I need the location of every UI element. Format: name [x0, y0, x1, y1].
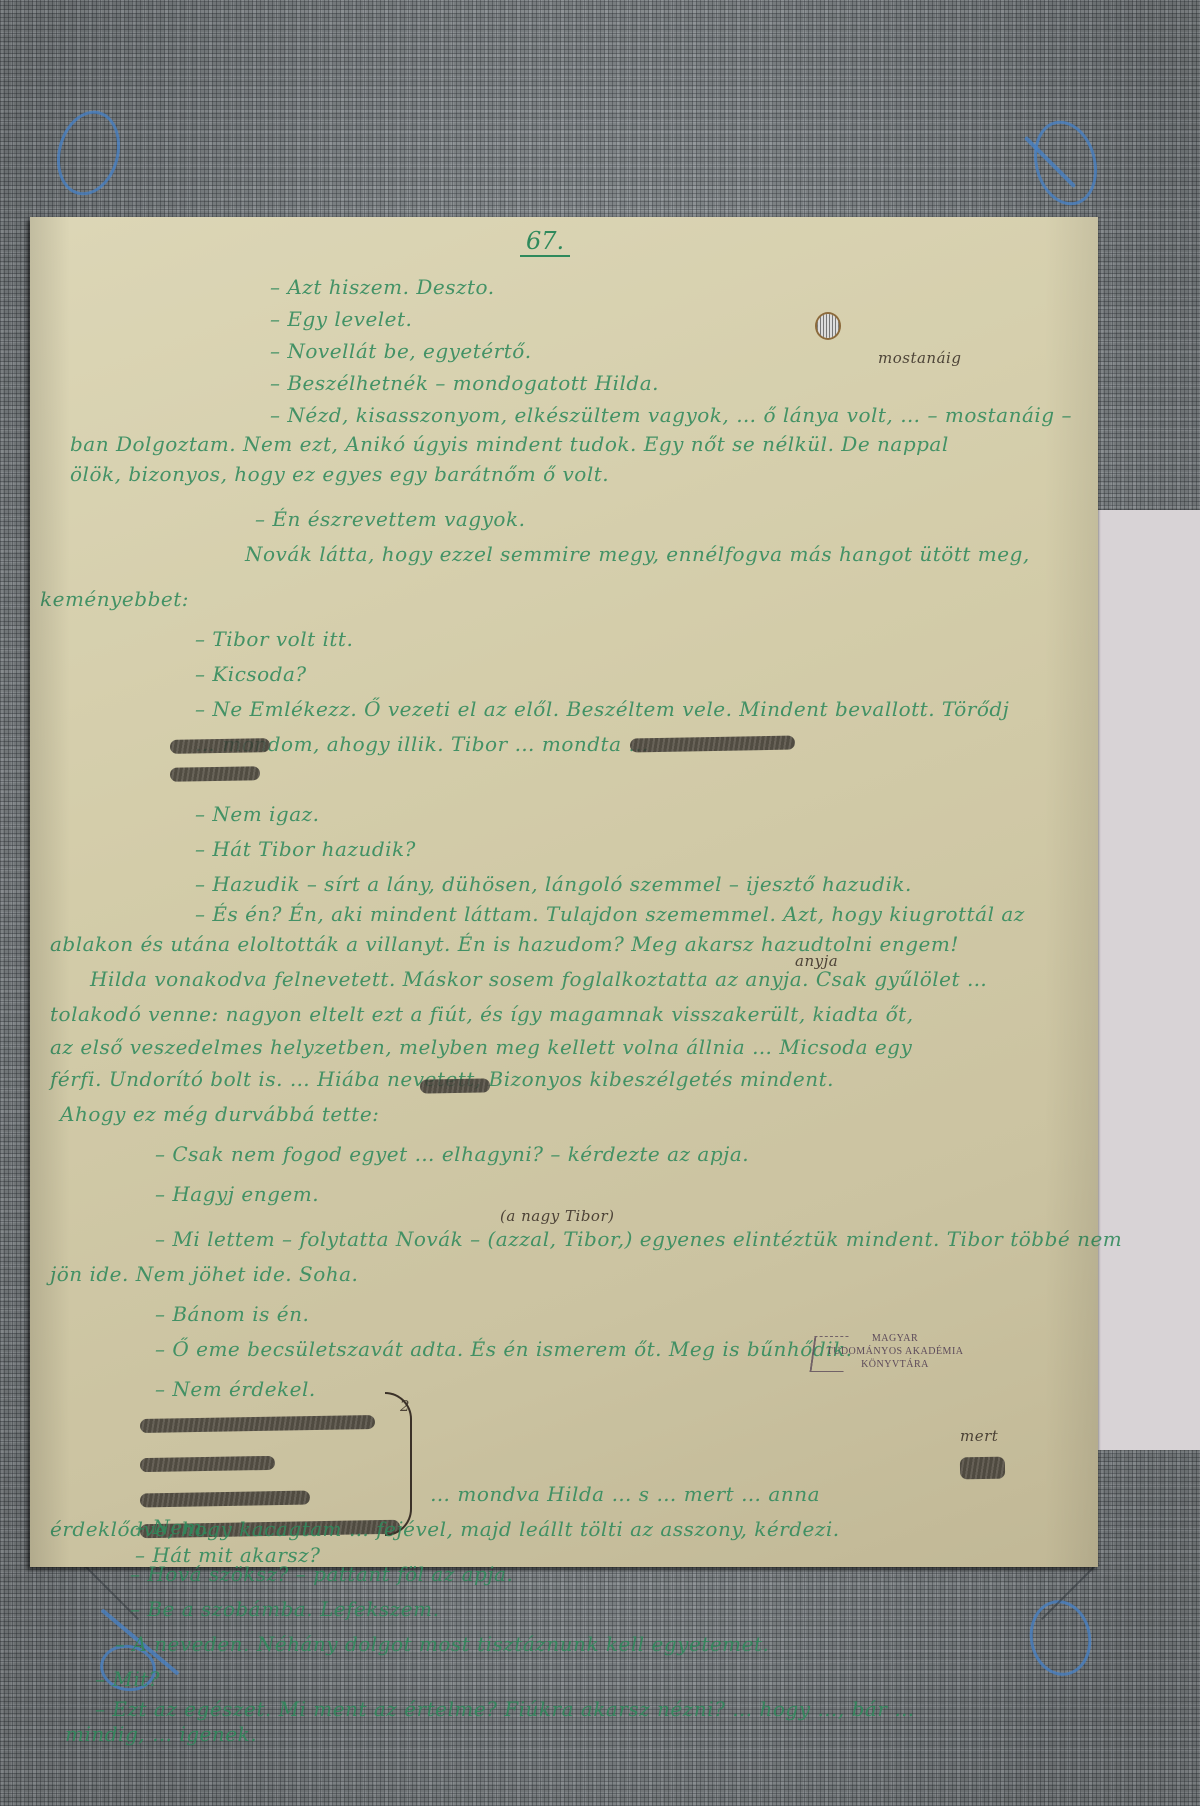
manuscript-line: Hilda vonakodva felnevetett. Máskor sose… — [90, 967, 987, 991]
manuscript-line: – Beszélhetnék – mondogatott Hilda. — [270, 371, 659, 395]
crossed-out-text — [960, 1457, 1005, 1480]
manuscript-line: tolakodó venne: nagyon eltelt ezt a fiút… — [50, 1002, 914, 1026]
manuscript-line: – Bánom is én. — [155, 1302, 309, 1326]
manuscript-line: – Nem. — [135, 1515, 209, 1539]
crossed-out-text — [140, 1415, 375, 1433]
manuscript-line: – Hát mit akarsz? — [135, 1543, 320, 1567]
crossed-out-text — [170, 766, 260, 782]
manuscript-line: jön ide. Nem jöhet ide. Soha. — [50, 1262, 358, 1286]
manuscript-line: – Hazudik – sírt a lány, dühösen, lángol… — [195, 872, 912, 896]
manuscript-line: – Nem igaz. — [195, 802, 320, 826]
manuscript-line: – Be a szobámba. Lefekszem. — [130, 1597, 439, 1621]
manuscript-line: – Csak nem fogod egyet … elhagyni? – kér… — [155, 1142, 749, 1166]
blue-corner-mark-bottom-right — [1024, 1595, 1097, 1680]
manuscript-line: – Ezt az egészet. Mi ment az értelme? Fi… — [95, 1697, 915, 1721]
blue-corner-mark-top-left — [48, 104, 129, 203]
manuscript-line: – Kicsoda? — [195, 662, 307, 686]
crossed-out-text — [140, 1491, 310, 1508]
crossed-out-text — [140, 1456, 275, 1472]
manuscript-line: – Ne Emlékezz. Ő vezeti el az elől. Besz… — [195, 697, 1009, 721]
margin-bracket — [385, 1392, 412, 1536]
manuscript-line: – A neveden. Néhány dolgot most tisztázn… — [115, 1632, 769, 1656]
blue-corner-mark-top-right — [1025, 114, 1106, 213]
crossed-out-text — [420, 1078, 490, 1093]
interlinear-annotation: (a nagy Tibor) — [500, 1207, 614, 1225]
interlinear-annotation: mert — [960, 1427, 998, 1445]
manuscript-line: – Ő eme becsületszavát adta. És én ismer… — [155, 1337, 853, 1361]
crossed-out-text — [170, 738, 270, 754]
crossed-out-text — [630, 736, 795, 753]
manuscript-line: – Mi lettem – folytatta Novák – (azzal, … — [155, 1227, 1122, 1251]
library-stamp: MAGYAR TUDOMÁNYOS AKADÉMIA KÖNYVTÁRA — [820, 1332, 970, 1371]
paper-hole — [817, 314, 839, 338]
manuscript-line: – Hát Tibor hazudik? — [195, 837, 416, 861]
interlinear-annotation: mostanáig — [878, 349, 961, 367]
manuscript-line: – Tibor volt itt. — [195, 627, 353, 651]
manuscript-line: – Hagyj engem. — [155, 1182, 319, 1206]
manuscript-line: az első veszedelmes helyzetben, melyben … — [50, 1035, 912, 1059]
manuscript-line: ban Dolgoztam. Nem ezt, Anikó úgyis mind… — [70, 432, 949, 456]
manuscript-page: 67. – Azt hiszem. Deszto. – Egy levelet.… — [30, 217, 1098, 1567]
manuscript-line: – Egy levelet. — [270, 307, 412, 331]
manuscript-line: – Novellát be, egyetértő. — [270, 339, 532, 363]
manuscript-line: – Nézd, kisasszonyom, elkészültem vagyok… — [270, 403, 1072, 427]
manuscript-line: ölök, bizonyos, hogy ez egyes egy barátn… — [70, 462, 609, 486]
page-number: 67. — [520, 227, 570, 257]
manuscript-line: Ahogy ez még durvábbá tette: — [60, 1102, 379, 1126]
manuscript-line: – Nem érdekel. — [155, 1377, 316, 1401]
white-backing-card — [1098, 510, 1200, 1450]
stamp-frame — [809, 1336, 848, 1372]
manuscript-line: – Azt hiszem. Deszto. — [270, 275, 495, 299]
manuscript-line: – Én észrevettem vagyok. — [255, 507, 525, 531]
manuscript-line: mindig, … igenek. — [65, 1722, 257, 1746]
manuscript-line: Novák látta, hogy ezzel semmire megy, en… — [245, 542, 1030, 566]
manuscript-line: – És én? Én, aki mindent láttam. Tulajdo… — [195, 902, 1025, 926]
manuscript-line: – Mit? — [95, 1667, 160, 1691]
manuscript-line: … mondva Hilda … s … mert … anna — [430, 1482, 820, 1506]
manuscript-line: keményebbet: — [40, 587, 189, 611]
